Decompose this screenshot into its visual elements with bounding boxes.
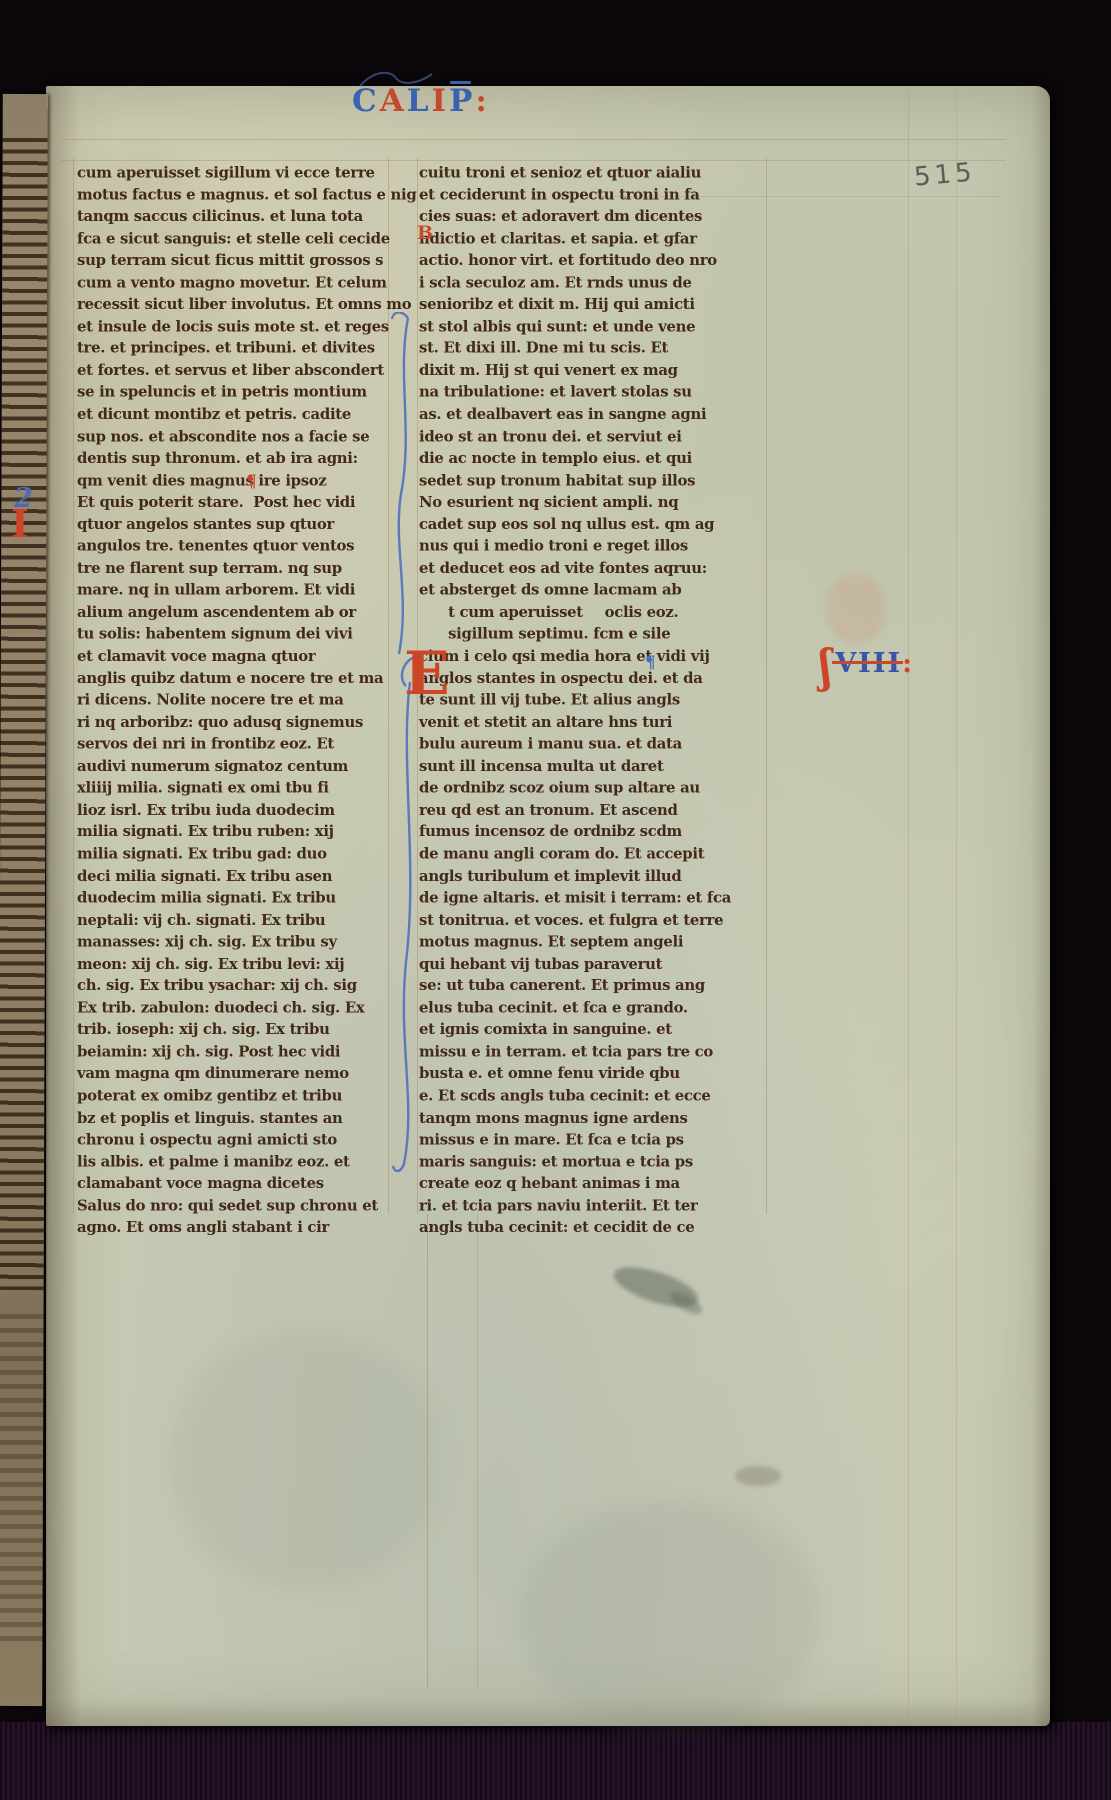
text-line: de igne altaris. et misit i terram: et f… xyxy=(419,887,763,909)
text-line: neptali: vij ch. signati. Ex tribu xyxy=(77,909,386,931)
text-line: de manu angli coram do. Et accepit xyxy=(419,843,763,865)
text-line: anglis quibz datum e nocere tre et ma xyxy=(77,667,386,689)
text-line: sigillum septimu. fcm e sile xyxy=(419,624,763,646)
manuscript-photo: { "page": { "running_title": { "letters"… xyxy=(0,0,1111,1800)
running-title: CALIP: xyxy=(352,86,487,117)
text-line: recessit sicut liber involutus. Et omns … xyxy=(77,294,386,316)
text-line: se: ut tuba canerent. Et primus ang xyxy=(419,975,763,997)
text-line: cum aperuisset sigillum vi ecce terre xyxy=(77,162,386,184)
text-line: angulos tre. tenentes qtuor ventos xyxy=(77,536,386,558)
text-line: dentis sup thronum. et ab ira agni: xyxy=(77,448,386,470)
text-line: nus qui i medio troni e reget illos xyxy=(419,536,763,558)
rubric-initial-b: B xyxy=(417,222,433,244)
drop-cap-initial: E xyxy=(404,644,450,704)
ruling-line xyxy=(477,1214,478,1688)
text-line: beiamin: xij ch. sig. Post hec vidi xyxy=(77,1041,386,1063)
text-line: tre. et principes. et tribuni. et divite… xyxy=(77,338,386,360)
text-line: actio. honor virt. et fortitudo deo nro xyxy=(419,250,763,272)
text-line: et absterget ds omne lacmam ab xyxy=(419,580,763,602)
text-line: lioz isrl. Ex tribu iuda duodecim xyxy=(77,799,386,821)
title-letter: C xyxy=(352,86,377,117)
text-line: st stol albis qui sunt: et unde vene xyxy=(419,316,763,338)
text-line: milia signati. Ex tribu ruben: xij xyxy=(77,821,386,843)
text-line: de ordnibz scoz oium sup altare au xyxy=(419,777,763,799)
ruling-line xyxy=(766,158,767,1214)
facing-page-edge xyxy=(0,94,48,1706)
text-line: ch. sig. Ex tribu ysachar: xij ch. sig xyxy=(77,975,386,997)
text-line: lis albis. et palme i manibz eoz. et xyxy=(77,1151,386,1173)
text-line: cies suas: et adoravert dm dicentes xyxy=(419,206,763,228)
rubric-strike xyxy=(832,661,903,664)
text-line: motus factus e magnus. et sol factus e n… xyxy=(77,184,386,206)
text-line: sup nos. et abscondite nos a facie se xyxy=(77,426,386,448)
text-line: ndictio et claritas. et sapia. et gfar xyxy=(419,228,763,250)
text-line: clamabant voce magna dicetes xyxy=(77,1173,386,1195)
text-line: missus e in mare. Et fca e tcia ps xyxy=(419,1129,763,1151)
text-line: xliiij milia. signati ex omi tbu fi xyxy=(77,777,386,799)
title-letter: : xyxy=(475,86,486,117)
text-line: bz et poplis et linguis. stantes an xyxy=(77,1107,386,1129)
text-line: alium angelum ascendentem ab or xyxy=(77,602,386,624)
chapter-numeral: VIII xyxy=(835,648,902,679)
text-line: tre ne flarent sup terram. nq sup xyxy=(77,558,386,580)
text-line: anglos stantes in ospectu dei. et da xyxy=(419,667,763,689)
text-line: meon: xij ch. sig. Ex tribu levi: xij xyxy=(77,953,386,975)
text-line: trib. ioseph: xij ch. sig. Ex tribu xyxy=(77,1019,386,1041)
text-line: Ex trib. zabulon: duodeci ch. sig. Ex xyxy=(77,997,386,1019)
text-column-right: cuitu troni et senioz et qtuor aialiuet … xyxy=(419,162,763,1239)
facing-page-textlines-lower xyxy=(0,1314,44,1644)
text-line: cuitu troni et senioz et qtuor aialiu xyxy=(419,162,763,184)
text-line: Et quis poterit stare. Post hec vidi xyxy=(77,492,386,514)
runover-paraph-blue: ¶ xyxy=(645,653,656,673)
text-line: ri dicens. Nolite nocere tre et ma xyxy=(77,689,386,711)
text-line: sup terram sicut ficus mittit grossos s xyxy=(77,250,386,272)
text-line: busta e. et omne fenu viride qbu xyxy=(419,1063,763,1085)
text-line: motus magnus. Et septem angeli xyxy=(419,931,763,953)
title-letter: A xyxy=(380,86,404,117)
text-line: chronu i ospectu agni amicti sto xyxy=(77,1129,386,1151)
text-line: die ac nocte in templo eius. et qui xyxy=(419,448,763,470)
facing-page-textlines xyxy=(0,138,48,1290)
stain xyxy=(520,1500,820,1730)
text-line: cum a vento magno movetur. Et celum xyxy=(77,272,386,294)
text-line: et insule de locis suis mote st. et rege… xyxy=(77,316,386,338)
text-line: senioribz et dixit m. Hij qui amicti xyxy=(419,294,763,316)
chapter-marker: ʃ VIII : xyxy=(818,648,912,685)
text-line: cium i celo qsi media hora et vidi vij xyxy=(419,646,763,668)
folio-number: 515 xyxy=(913,157,977,192)
margin-initial-red: I xyxy=(11,505,29,543)
text-line: et fortes. et servus et liber abscondert xyxy=(77,360,386,382)
chapter-paraph: ʃ xyxy=(820,648,832,685)
text-line: sunt ill incensa multa ut daret xyxy=(419,755,763,777)
text-line: et deducet eos ad vite fontes aqruu: xyxy=(419,558,763,580)
text-line: duodecim milia signati. Ex tribu xyxy=(77,887,386,909)
text-line: vam magna qm dinumerare nemo xyxy=(77,1063,386,1085)
text-line: dixit m. Hij st qui venert ex mag xyxy=(419,360,763,382)
text-line: poterat ex omibz gentibz et tribu xyxy=(77,1085,386,1107)
ruling-line xyxy=(60,160,1006,161)
inline-paraph-red: ¶ xyxy=(246,472,257,492)
text-line: fumus incensoz de ordnibz scdm xyxy=(419,821,763,843)
text-line: et ignis comixta in sanguine. et xyxy=(419,1019,763,1041)
stain xyxy=(735,1466,781,1486)
chapter-colon: : xyxy=(902,648,912,679)
text-line: angls turibulum et implevit illud xyxy=(419,865,763,887)
text-line: agno. Et oms angli stabant i cir xyxy=(77,1217,386,1239)
ruling-line xyxy=(908,92,909,1718)
text-line: et ceciderunt in ospectu troni in fa xyxy=(419,184,763,206)
text-line: ri nq arboribz: quo adusq signemus xyxy=(77,711,386,733)
text-line: audivi numerum signatoz centum xyxy=(77,755,386,777)
stain xyxy=(170,1330,440,1590)
text-line: te sunt ill vij tube. Et alius angls xyxy=(419,689,763,711)
text-line: st tonitrua. et voces. et fulgra et terr… xyxy=(419,909,763,931)
ruling-line xyxy=(60,139,1006,140)
text-line: bulu aureum i manu sua. et data xyxy=(419,733,763,755)
text-line: et dicunt montibz et petris. cadite xyxy=(77,404,386,426)
text-line: et clamavit voce magna qtuor xyxy=(77,646,386,668)
text-line: manasses: xij ch. sig. Ex tribu sy xyxy=(77,931,386,953)
text-line: e. Et scds angls tuba cecinit: et ecce xyxy=(419,1085,763,1107)
text-line: venit et stetit an altare hns turi xyxy=(419,711,763,733)
text-line: tanqm mons magnus igne ardens xyxy=(419,1107,763,1129)
text-line: cadet sup eos sol nq ullus est. qm ag xyxy=(419,514,763,536)
text-line: deci milia signati. Ex tribu asen xyxy=(77,865,386,887)
text-line: i scla seculoz am. Et rnds unus de xyxy=(419,272,763,294)
backdrop-velvet xyxy=(0,1722,1111,1800)
text-line: reu qd est an tronum. Et ascend xyxy=(419,799,763,821)
text-line: servos dei nri in frontibz eoz. Et xyxy=(77,733,386,755)
text-line: fca e sicut sanguis: et stelle celi ceci… xyxy=(77,228,386,250)
text-line: sedet sup tronum habitat sup illos xyxy=(419,470,763,492)
text-line: na tribulatione: et lavert stolas su xyxy=(419,382,763,404)
text-line: milia signati. Ex tribu gad: duo xyxy=(77,843,386,865)
text-line: tu solis: habentem signum dei vivi xyxy=(77,624,386,646)
text-column-left: cum aperuisset sigillum vi ecce terremot… xyxy=(77,162,386,1239)
text-line: tanqm saccus cilicinus. et luna tota xyxy=(77,206,386,228)
title-letter: L xyxy=(407,86,429,117)
text-line: st. Et dixi ill. Dne mi tu scis. Et xyxy=(419,338,763,360)
text-line: missu e in terram. et tcia pars tre co xyxy=(419,1041,763,1063)
text-line: maris sanguis: et mortua e tcia ps xyxy=(419,1151,763,1173)
text-line: qui hebant vij tubas paraverut xyxy=(419,953,763,975)
pen-flourish xyxy=(388,312,416,660)
text-line: mare. nq in ullam arborem. Et vidi xyxy=(77,580,386,602)
text-line: qm venit dies magnus ire ipsoz xyxy=(77,470,386,492)
title-letter: P xyxy=(449,86,472,117)
ruling-line xyxy=(956,92,957,1718)
title-letter: I xyxy=(432,86,447,117)
text-line: create eoz q hebant animas i ma xyxy=(419,1173,763,1195)
text-line: No esurient nq sicient ampli. nq xyxy=(419,492,763,514)
text-line: se in speluncis et in petris montium xyxy=(77,382,386,404)
text-line: angls tuba cecinit: et cecidit de ce xyxy=(419,1217,763,1239)
pen-flourish xyxy=(392,652,422,1176)
text-line: t cum aperuisset oclis eoz. xyxy=(419,602,763,624)
text-line: qtuor angelos stantes sup qtuor xyxy=(77,514,386,536)
text-line: elus tuba cecinit. et fca e grando. xyxy=(419,997,763,1019)
stain xyxy=(825,572,887,644)
text-line: as. et dealbavert eas in sangne agni xyxy=(419,404,763,426)
text-line: Salus do nro: qui sedet sup chronu et xyxy=(77,1195,386,1217)
text-line: ideo st an tronu dei. et serviut ei xyxy=(419,426,763,448)
text-line: ri. et tcia pars naviu interiit. Et ter xyxy=(419,1195,763,1217)
